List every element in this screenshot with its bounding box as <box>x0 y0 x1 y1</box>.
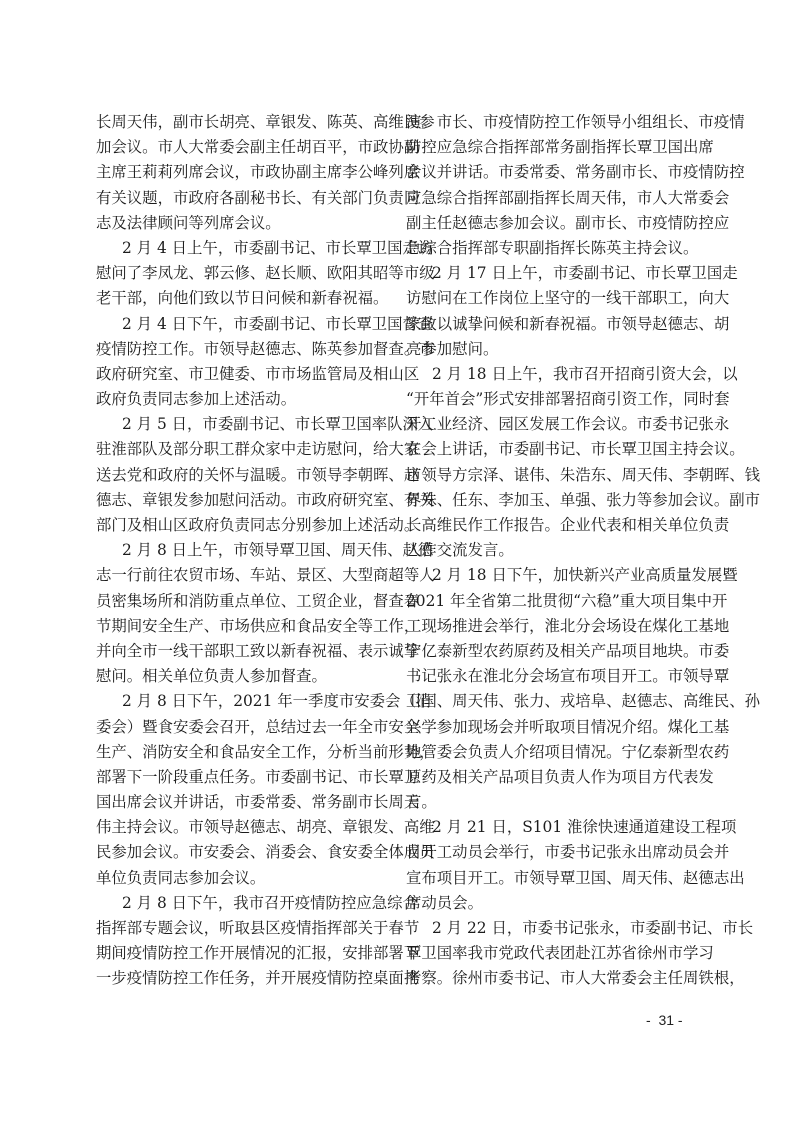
text-line: 人作交流发言。 <box>406 538 698 563</box>
text-line: 有关议题，市政府各副秘书长、有关部门负责同 <box>96 186 388 211</box>
text-line: 加会议。市人大常委会副主任胡百平，市政协副 <box>96 135 388 160</box>
text-line: 长周天伟，副市长胡亮、章银发、陈英、高维民参 <box>96 110 388 135</box>
text-line: 志一行前往农贸市场、车站、景区、大型商超等人 <box>96 563 388 588</box>
text-line: 2 月 18 日上午，我市召开招商引资大会，以 <box>406 362 698 387</box>
text-line: 市领导方宗泽、谌伟、朱浩东、周天伟、李朝晖、钱 <box>406 463 698 488</box>
text-line: 覃卫国率我市党政代表团赴江苏省徐州市学习 <box>406 941 698 966</box>
paragraph: 2 月 4 日上午，市委副书记、市长覃卫国走访慰问了李凤龙、郭云修、赵长顺、欧阳… <box>96 236 388 312</box>
text-line: 部门及相山区政府负责同志分别参加上述活动。 <box>96 513 388 538</box>
text-line: 指挥部专题会议，听取县区疫情指挥部关于春节 <box>96 916 388 941</box>
text-line: 2 月 18 日下午，加快新兴产业高质量发展暨 <box>406 563 698 588</box>
text-line: 地管委会负责人介绍项目情况。宁亿泰新型农药 <box>406 740 698 765</box>
text-line: 慰问了李凤龙、郭云修、赵长顺、欧阳其昭等市级 <box>96 261 388 286</box>
paragraph: 2 月 8 日下午，我市召开疫情防控应急综合指挥部专题会议，听取县区疫情指挥部关… <box>96 891 388 992</box>
text-line: 宣布项目开工。市领导覃卫国、周天伟、赵德志出 <box>406 866 698 891</box>
text-line: 政府负责同志参加上述活动。 <box>96 387 388 412</box>
text-line: 卫国、周天伟、张力、戎培阜、赵德志、高维民、孙 <box>406 689 698 714</box>
text-line: 长高维民作工作报告。企业代表和相关单位负责 <box>406 513 698 538</box>
text-line: 伟主持会议。市领导赵德志、胡亮、章银发、高维 <box>96 815 388 840</box>
text-line: 原药及相关产品项目负责人作为项目方代表发 <box>406 765 698 790</box>
text-line: 应急综合指挥部副指挥长周天伟，市人大常委会 <box>406 186 698 211</box>
text-column-right: 演。市长、市疫情防控工作领导小组组长、市疫情防控应急综合指挥部常务副指挥长覃卫国… <box>406 110 698 992</box>
text-line: 兴学参加现场会并听取项目情况介绍。煤化工基 <box>406 715 698 740</box>
text-line: 2 月 8 日上午，市领导覃卫国、周天伟、赵德 <box>96 538 388 563</box>
document-page: 长周天伟，副市长胡亮、章银发、陈英、高维民参加会议。市人大常委会副主任胡百平，市… <box>0 0 793 1122</box>
text-line: 员密集场所和消防重点单位、工贸企业，督查春 <box>96 589 388 614</box>
text-line: 2021 年全省第二批贯彻“六稳”重大项目集中开 <box>406 589 698 614</box>
text-line: 副主任赵德志参加会议。副市长、市疫情防控应 <box>406 211 698 236</box>
text-line: 亮参加慰问。 <box>406 337 698 362</box>
paragraph: 2 月 18 日上午，我市召开招商引资大会，以“开年首会”形式安排部署招商引资工… <box>406 362 698 564</box>
text-line: 单位负责同志参加会议。 <box>96 866 388 891</box>
paragraph: 演。市长、市疫情防控工作领导小组组长、市疫情防控应急综合指挥部常务副指挥长覃卫国… <box>406 110 698 261</box>
text-line: 送去党和政府的关怀与温暖。市领导李朝晖、赵 <box>96 463 388 488</box>
text-line: 并向全市一线干部职工致以新春祝福、表示诚挚 <box>96 639 388 664</box>
paragraph: 2 月 21 日，S101 淮徐快速通道建设工程项目开工动员会举行，市委书记张永… <box>406 815 698 916</box>
text-line: 部署下一阶段重点任务。市委副书记、市长覃卫 <box>96 765 388 790</box>
text-line: 国出席会议并讲话，市委常委、常务副市长周天 <box>96 790 388 815</box>
text-line: 一步疫情防控工作任务，并开展疫情防控桌面推 <box>96 966 388 991</box>
text-line: 书记张永在淮北分会场宣布项目开工。市领导覃 <box>406 664 698 689</box>
text-line: 民参加会议。市安委会、消委会、食安委全体成员 <box>96 840 388 865</box>
text-line: 目开工动员会举行，市委书记张永出席动员会并 <box>406 840 698 865</box>
text-line: 在会上讲话，市委副书记、市长覃卫国主持会议。 <box>406 437 698 462</box>
paragraph: 2 月 4 日下午，市委副书记、市长覃卫国督查疫情防控工作。市领导赵德志、陈英参… <box>96 312 388 413</box>
text-line: 志及法律顾问等列席会议。 <box>96 211 388 236</box>
paragraph: 2 月 8 日下午，2021 年一季度市安委会（消委会）暨食安委会召开，总结过去… <box>96 689 388 891</box>
text-line: 宁亿泰新型农药原药及相关产品项目地块。市委 <box>406 639 698 664</box>
text-line: 工现场推进会举行，淮北分会场设在煤化工基地 <box>406 614 698 639</box>
text-line: 2 月 17 日上午，市委副书记、市长覃卫国走 <box>406 261 698 286</box>
text-line: 演。市长、市疫情防控工作领导小组组长、市疫情 <box>406 110 698 135</box>
text-line: 疫情防控工作。市领导赵德志、陈英参加督查。市 <box>96 337 388 362</box>
text-line: 德志、章银发参加慰问活动。市政府研究室、有关 <box>96 488 388 513</box>
paragraph: 2 月 5 日，市委副书记、市长覃卫国率队深入驻淮部队及部分职工群众家中走访慰问… <box>96 412 388 538</box>
text-line: 急综合指挥部专职副指挥长陈英主持会议。 <box>406 236 698 261</box>
page-number: - 31 - <box>646 1012 683 1028</box>
text-line: 期间疫情防控工作开展情况的汇报，安排部署下 <box>96 941 388 966</box>
text-line: 2 月 22 日，市委书记张永，市委副书记、市长 <box>406 916 698 941</box>
text-line: 家致以诚挚问候和新春祝福。市领导赵德志、胡 <box>406 312 698 337</box>
text-line: 老干部，向他们致以节日问候和新春祝福。 <box>96 286 388 311</box>
text-line: 席动员会。 <box>406 891 698 916</box>
text-line: 节期间安全生产、市场供应和食品安全等工作， <box>96 614 388 639</box>
text-line: 2 月 8 日下午，2021 年一季度市安委会（消 <box>96 689 388 714</box>
paragraph: 2 月 8 日上午，市领导覃卫国、周天伟、赵德志一行前往农贸市场、车站、景区、大… <box>96 538 388 689</box>
text-line: 会议并讲话。市委常委、常务副市长、市疫情防控 <box>406 160 698 185</box>
text-line: 防控应急综合指挥部常务副指挥长覃卫国出席 <box>406 135 698 160</box>
text-line: 慰问。相关单位负责人参加督查。 <box>96 664 388 689</box>
text-line: 2 月 4 日下午，市委副书记、市长覃卫国督查 <box>96 312 388 337</box>
paragraph: 2 月 18 日下午，加快新兴产业高质量发展暨2021 年全省第二批贯彻“六稳”… <box>406 563 698 815</box>
text-line: 开工业经济、园区发展工作会议。市委书记张永 <box>406 412 698 437</box>
text-line: 主席王莉莉列席会议，市政协副主席李公峰列席 <box>96 160 388 185</box>
paragraph: 2 月 22 日，市委书记张永，市委副书记、市长覃卫国率我市党政代表团赴江苏省徐… <box>406 916 698 992</box>
paragraph: 2 月 17 日上午，市委副书记、市长覃卫国走访慰问在工作岗位上坚守的一线干部职… <box>406 261 698 362</box>
text-line: 言。 <box>406 790 698 815</box>
text-line: 2 月 4 日上午，市委副书记、市长覃卫国走访 <box>96 236 388 261</box>
text-line: 2 月 8 日下午，我市召开疫情防控应急综合 <box>96 891 388 916</box>
text-column-left: 长周天伟，副市长胡亮、章银发、陈英、高维民参加会议。市人大常委会副主任胡百平，市… <box>96 110 388 992</box>
paragraph: 长周天伟，副市长胡亮、章银发、陈英、高维民参加会议。市人大常委会副主任胡百平，市… <box>96 110 388 236</box>
text-line: 2 月 21 日，S101 淮徐快速通道建设工程项 <box>406 815 698 840</box>
text-line: 委会）暨食安委会召开，总结过去一年全市安全 <box>96 715 388 740</box>
text-line: 生产、消防安全和食品安全工作，分析当前形势， <box>96 740 388 765</box>
text-line: 2 月 5 日，市委副书记、市长覃卫国率队深入 <box>96 412 388 437</box>
text-line: 驻淮部队及部分职工群众家中走访慰问，给大家 <box>96 437 388 462</box>
text-line: 访慰问在工作岗位上坚守的一线干部职工，向大 <box>406 286 698 311</box>
text-line: 考察。徐州市委书记、市人大常委会主任周铁根， <box>406 966 698 991</box>
text-line: 界殊、任东、李加玉、单强、张力等参加会议。副市 <box>406 488 698 513</box>
text-line: 政府研究室、市卫健委、市市场监管局及相山区 <box>96 362 388 387</box>
text-line: “开年首会”形式安排部署招商引资工作，同时套 <box>406 387 698 412</box>
